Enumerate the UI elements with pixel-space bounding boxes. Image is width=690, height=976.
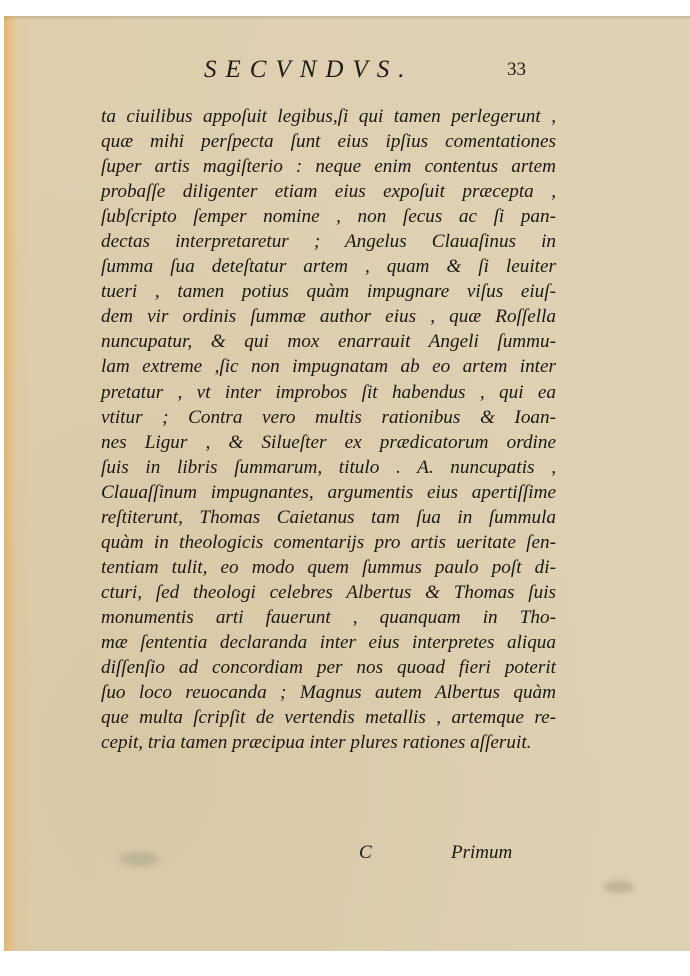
page-footer: C Primum [101,842,556,868]
book-page: SECVNDVS. 33 ta ciuilibus appoſuit legib… [4,16,690,951]
text-line: diſſenſio ad concordiam per nos quoad fi… [101,655,556,680]
text-line: mæ ſententia declaranda inter eius inter… [101,630,556,655]
text-line: Clauaſſinum impugnantes, argumentis eius… [101,480,556,505]
catchword: Primum [451,842,512,864]
text-line: lam extreme ,ſic non impugnatam ab eo ar… [101,354,556,379]
text-line: dem vir ordinis ſummæ author eius , quæ … [101,304,556,329]
text-line: tueri , tamen potius quàm impugnare viſu… [101,279,556,304]
text-line: ſuis in libris ſummarum, titulo . A. nun… [101,455,556,480]
text-line: reſtiterunt, Thomas Caietanus tam ſua in… [101,505,556,530]
text-line: pretatur , vt inter improbos ſit habendu… [101,380,556,405]
body-text: ta ciuilibus appoſuit legibus,ſi qui tam… [101,104,556,755]
text-line: nes Ligur , & Silueſter ex prædicatorum … [101,430,556,455]
signature-mark: C [359,842,372,864]
text-line: ſumma ſua deteſtatur artem , quam & ſi l… [101,254,556,279]
ink-stain [604,881,634,893]
text-line: tentiam tulit, eo modo quem ſummus paulo… [101,555,556,580]
text-line: monumentis arti fauerunt , quanquam in T… [101,605,556,630]
text-line: vtitur ; Contra vero multis rationibus &… [101,405,556,430]
running-title: SECVNDVS. [204,56,413,84]
text-line: cturi, ſed theologi celebres Albertus & … [101,580,556,605]
text-line: ſuper artis magiſterio : neque enim cont… [101,154,556,179]
running-head: SECVNDVS. 33 [204,56,564,86]
text-line: nuncupatur, & qui mox enarrauit Angeli ſ… [101,329,556,354]
page-number: 33 [507,59,526,81]
text-line: ſuo loco reuocanda ; Magnus autem Albert… [101,680,556,705]
text-line: probaſſe diligenter etiam eius expoſuit … [101,179,556,204]
text-line: quàm in theologicis comentarijs pro arti… [101,530,556,555]
text-line: dectas interpretaretur ; Angelus Clauaſi… [101,229,556,254]
text-line: cepit, tria tamen præcipua inter plures … [101,730,556,755]
text-line: que multa ſcripſit de vertendis metallis… [101,705,556,730]
text-line: ſubſcripto ſemper nomine , non ſecus ac … [101,204,556,229]
text-line: quæ mihi perſpecta ſunt eius ipſius come… [101,129,556,154]
page-top-edge [4,16,690,20]
text-line: ta ciuilibus appoſuit legibus,ſi qui tam… [101,104,556,129]
